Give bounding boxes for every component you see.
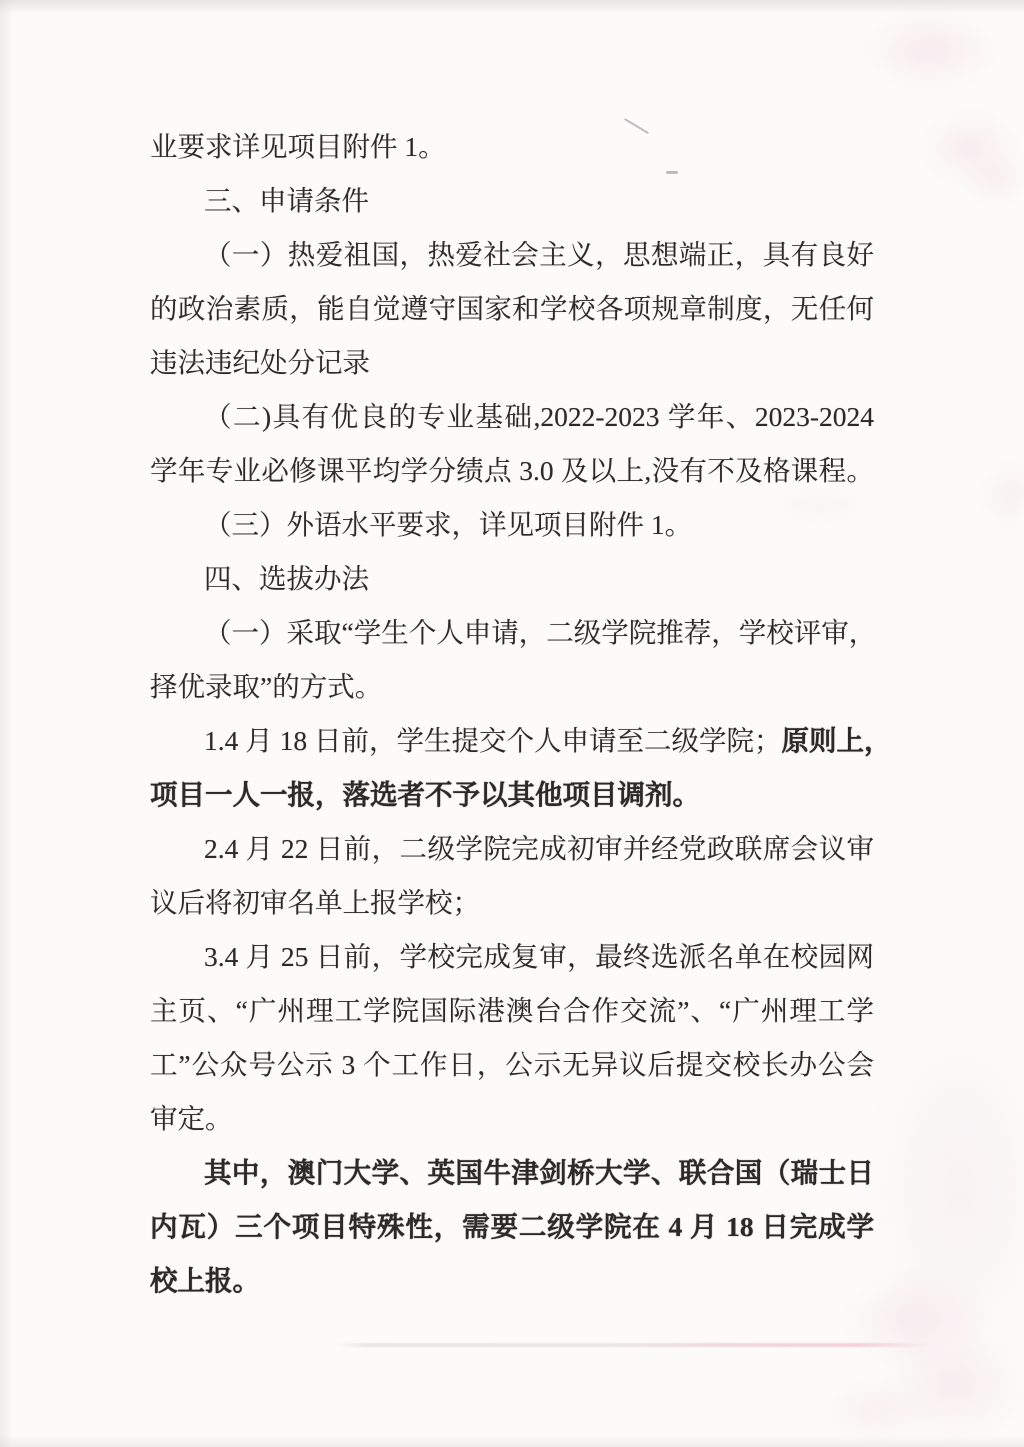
text-line: 校上报。 [150,1254,874,1308]
text-line: 四、选拔办法 [150,552,874,606]
text-segment: 学年专业必修课平均学分绩点 3.0 及以上,没有不及格课程。 [150,455,874,486]
text-line: （一）热爱祖国，热爱社会主义，思想端正，具有良好 [150,228,874,282]
text-segment: 三、申请条件 [204,185,369,216]
scan-streak [335,1343,930,1347]
text-line: 业要求详见项目附件 1。 [150,120,874,174]
document-body: 业要求详见项目附件 1。三、申请条件（一）热爱祖国，热爱社会主义，思想端正，具有… [150,120,874,1308]
text-line: 审定。 [150,1092,874,1146]
text-segment: 四、选拔办法 [204,563,369,594]
text-line: 议后将初审名单上报学校； [150,876,874,930]
text-segment: （一）热爱祖国，热爱社会主义，思想端正，具有良好 [204,239,874,270]
text-segment: 主页、“广州理工学院国际港澳台合作交流”、“广州理工学 [150,995,874,1026]
text-segment: （二)具有优良的专业基础,2022-2023 学年、2023-2024 [204,401,874,432]
text-segment: （一）采取“学生个人申请，二级学院推荐，学校评审， [204,617,876,648]
text-line: 内瓦）三个项目特殊性，需要二级学院在 4 月 18 日完成学 [150,1200,874,1254]
text-segment: 1.4 月 18 日前，学生提交个人申请至二级学院； [204,725,782,756]
text-segment: 的政治素质，能自觉遵守国家和学校各项规章制度，无任何 [150,293,874,324]
text-segment: 审定。 [150,1103,233,1134]
text-line: （二)具有优良的专业基础,2022-2023 学年、2023-2024 [150,390,874,444]
scan-smudge [860,10,1000,90]
text-line: 主页、“广州理工学院国际港澳台合作交流”、“广州理工学 [150,984,874,1038]
text-line: 违法违纪处分记录 [150,336,874,390]
text-segment: 工”公众号公示 3 个工作日，公示无异议后提交校长办公会 [150,1049,874,1080]
text-line: 的政治素质，能自觉遵守国家和学校各项规章制度，无任何 [150,282,874,336]
text-line: 3.4 月 25 日前，学校完成复审，最终选派名单在校园网 [150,930,874,984]
scan-edge-top [0,0,1024,14]
bold-text-segment: 内瓦）三个项目特殊性，需要二级学院在 4 月 18 日完成学 [150,1211,874,1242]
text-segment: （三）外语水平要求，详见项目附件 1。 [204,509,692,540]
text-segment: 议后将初审名单上报学校； [150,887,480,918]
text-line: 择优录取”的方式。 [150,660,874,714]
text-line: 三、申请条件 [150,174,874,228]
text-line: 2.4 月 22 日前，二级学院完成初审并经党政联席会议审 [150,822,874,876]
bold-text-segment: 项目一人一报，落选者不予以其他项目调剂。 [150,779,700,810]
text-line: （一）采取“学生个人申请，二级学院推荐，学校评审， [150,606,874,660]
bold-text-segment: 校上报。 [150,1265,260,1296]
scan-smudge [860,1000,1024,1380]
scanned-document-page: 业要求详见项目附件 1。三、申请条件（一）热爱祖国，热爱社会主义，思想端正，具有… [0,0,1024,1447]
text-line: 其中，澳门大学、英国牛津剑桥大学、联合国（瑞士日 [150,1146,874,1200]
scan-smudge [980,460,1024,530]
scan-edge-left [0,0,14,1447]
scan-smudge [960,150,1024,205]
text-line: （三）外语水平要求，详见项目附件 1。 [150,498,874,552]
text-segment: 业要求详见项目附件 1。 [150,131,446,162]
scan-smudge [920,110,1020,185]
text-line: 1.4 月 18 日前，学生提交个人申请至二级学院；原则上， [150,714,874,768]
scan-smudge [820,1380,930,1440]
text-line: 学年专业必修课平均学分绩点 3.0 及以上,没有不及格课程。 [150,444,874,498]
bold-text-segment: 原则上， [782,725,892,756]
text-line: 工”公众号公示 3 个工作日，公示无异议后提交校长办公会 [150,1038,874,1092]
bold-text-segment: 其中，澳门大学、英国牛津剑桥大学、联合国（瑞士日 [204,1157,874,1188]
text-segment: 违法违纪处分记录 [150,347,370,378]
text-line: 项目一人一报，落选者不予以其他项目调剂。 [150,768,874,822]
text-segment: 3.4 月 25 日前，学校完成复审，最终选派名单在校园网 [204,941,874,972]
scan-edge-bottom [0,1435,1024,1447]
text-segment: 择优录取”的方式。 [150,671,382,702]
text-segment: 2.4 月 22 日前，二级学院完成初审并经党政联席会议审 [204,833,874,864]
